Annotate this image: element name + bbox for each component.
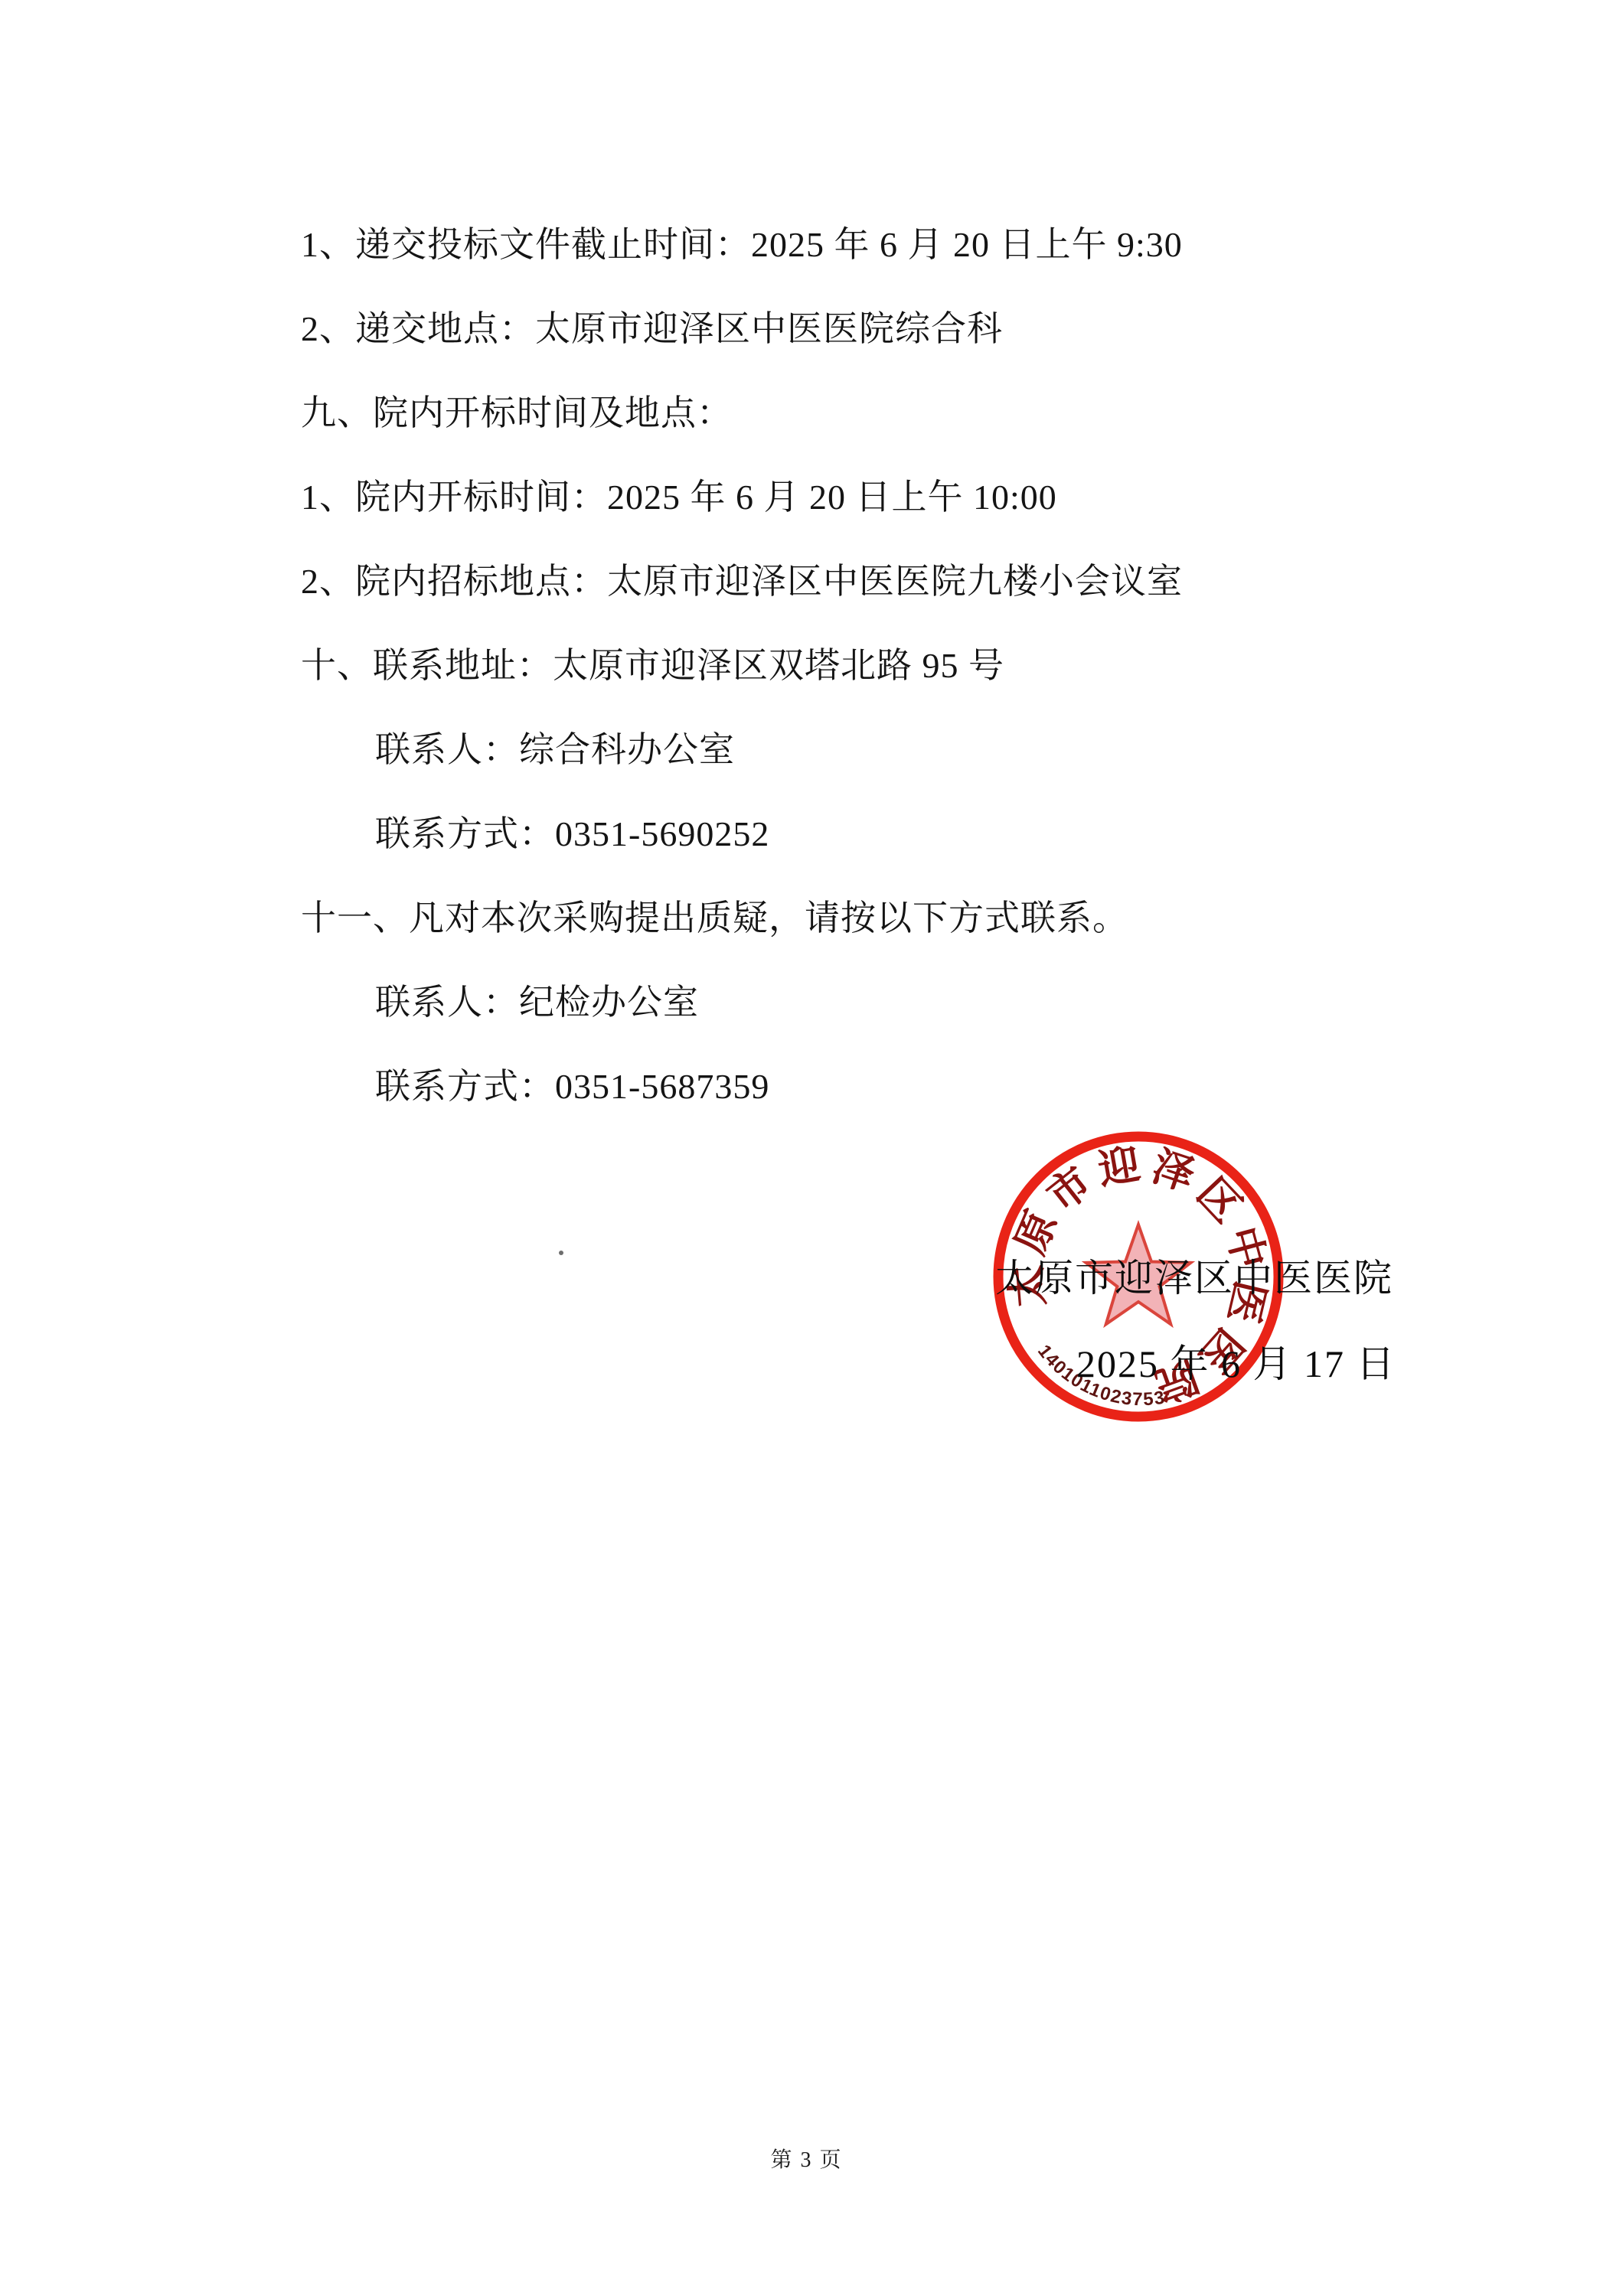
paragraph-line: 十一、凡对本次采购提出质疑，请按以下方式联系。 xyxy=(0,873,1613,957)
issuer-name: 太原市迎泽区中医医院 xyxy=(995,1247,1393,1303)
paragraph-line: 十、联系地址：太原市迎泽区双塔北路 95 号 xyxy=(0,621,1613,705)
paragraph-line: 九、院内开标时间及地点： xyxy=(0,368,1613,452)
document-page: 1、递交投标文件截止时间：2025 年 6 月 20 日上午 9:30 2、递交… xyxy=(0,0,1613,2296)
paragraph-line: 1、院内开标时间：2025 年 6 月 20 日上午 10:00 xyxy=(0,452,1613,536)
seal-arc-char: 迎 xyxy=(1095,1141,1144,1193)
issue-date: 2025 年 6 月 17 日 xyxy=(1076,1333,1396,1388)
paragraph-line: 2、递交地点：太原市迎泽区中医医院综合科 xyxy=(0,284,1613,368)
paragraph-line: 2、院内招标地点：太原市迎泽区中医医院九楼小会议室 xyxy=(0,536,1613,621)
stray-ink-dot xyxy=(559,1251,563,1255)
page-number: 第 3 页 xyxy=(0,2143,1613,2174)
paragraph-line: 1、递交投标文件截止时间：2025 年 6 月 20 日上午 9:30 xyxy=(0,200,1613,284)
paragraph-line: 联系人：综合科办公室 xyxy=(0,705,1613,789)
paragraph-line: 联系人：纪检办公室 xyxy=(0,957,1613,1042)
body-text: 1、递交投标文件截止时间：2025 年 6 月 20 日上午 9:30 2、递交… xyxy=(0,200,1613,1126)
paragraph-line: 联系方式：0351-5690252 xyxy=(0,789,1613,873)
paragraph-line: 联系方式：0351-5687359 xyxy=(0,1042,1613,1126)
